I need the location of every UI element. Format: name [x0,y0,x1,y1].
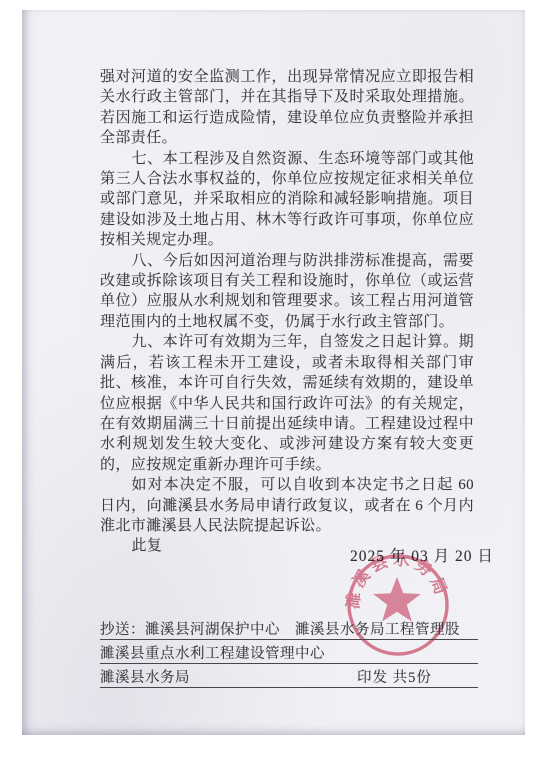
paragraph: 九、本许可有效期为三年，自签发之日起计算。期满后，若该工程未开工建设，或者未取得… [100,332,474,475]
footer-line: 濉溪县水务局印发 共5份 [100,664,478,688]
footer-line: 濉溪县重点水利工程建设管理中心 [100,640,478,664]
scan-canvas: 强对河道的安全监测工作，出现异常情况应立即报告相关水行政主管部门，并在其指导下及… [0,0,553,760]
document-page: 强对河道的安全监测工作，出现异常情况应立即报告相关水行政主管部门，并在其指导下及… [22,10,525,735]
footer-left-text: 濉溪县水务局 [100,670,190,686]
paragraph: 八、今后如因河道治理与防洪排涝标准提高，需要改建或拆除该项目有关工程和设施时，你… [100,251,474,333]
document-body: 强对河道的安全监测工作，出现异常情况应立即报告相关水行政主管部门，并在其指导下及… [100,67,474,557]
paragraph: 七、本工程涉及自然资源、生态环境等部门或其他第三人合法水事权益的，你单位应按规定… [100,149,474,251]
footer-block: 抄送：濉溪县河湖保护中心 濉溪县水务局工程管理股濉溪县重点水利工程建设管理中心濉… [100,616,478,688]
footer-right-text: 印发 共5份 [357,666,432,687]
paragraph: 如对本决定不服，可以自收到本决定书之日起 60 日内，向濉溪县水务局申请行政复议… [100,475,474,536]
seal-star-icon [373,577,420,622]
footer-left-text: 濉溪县重点水利工程建设管理中心 [100,646,325,662]
footer-left-text: 抄送：濉溪县河湖保护中心 濉溪县水务局工程管理股 [100,622,460,638]
paragraph: 强对河道的安全监测工作，出现异常情况应立即报告相关水行政主管部门，并在其指导下及… [100,67,474,149]
footer-line: 抄送：濉溪县河湖保护中心 濉溪县水务局工程管理股 [100,616,478,640]
